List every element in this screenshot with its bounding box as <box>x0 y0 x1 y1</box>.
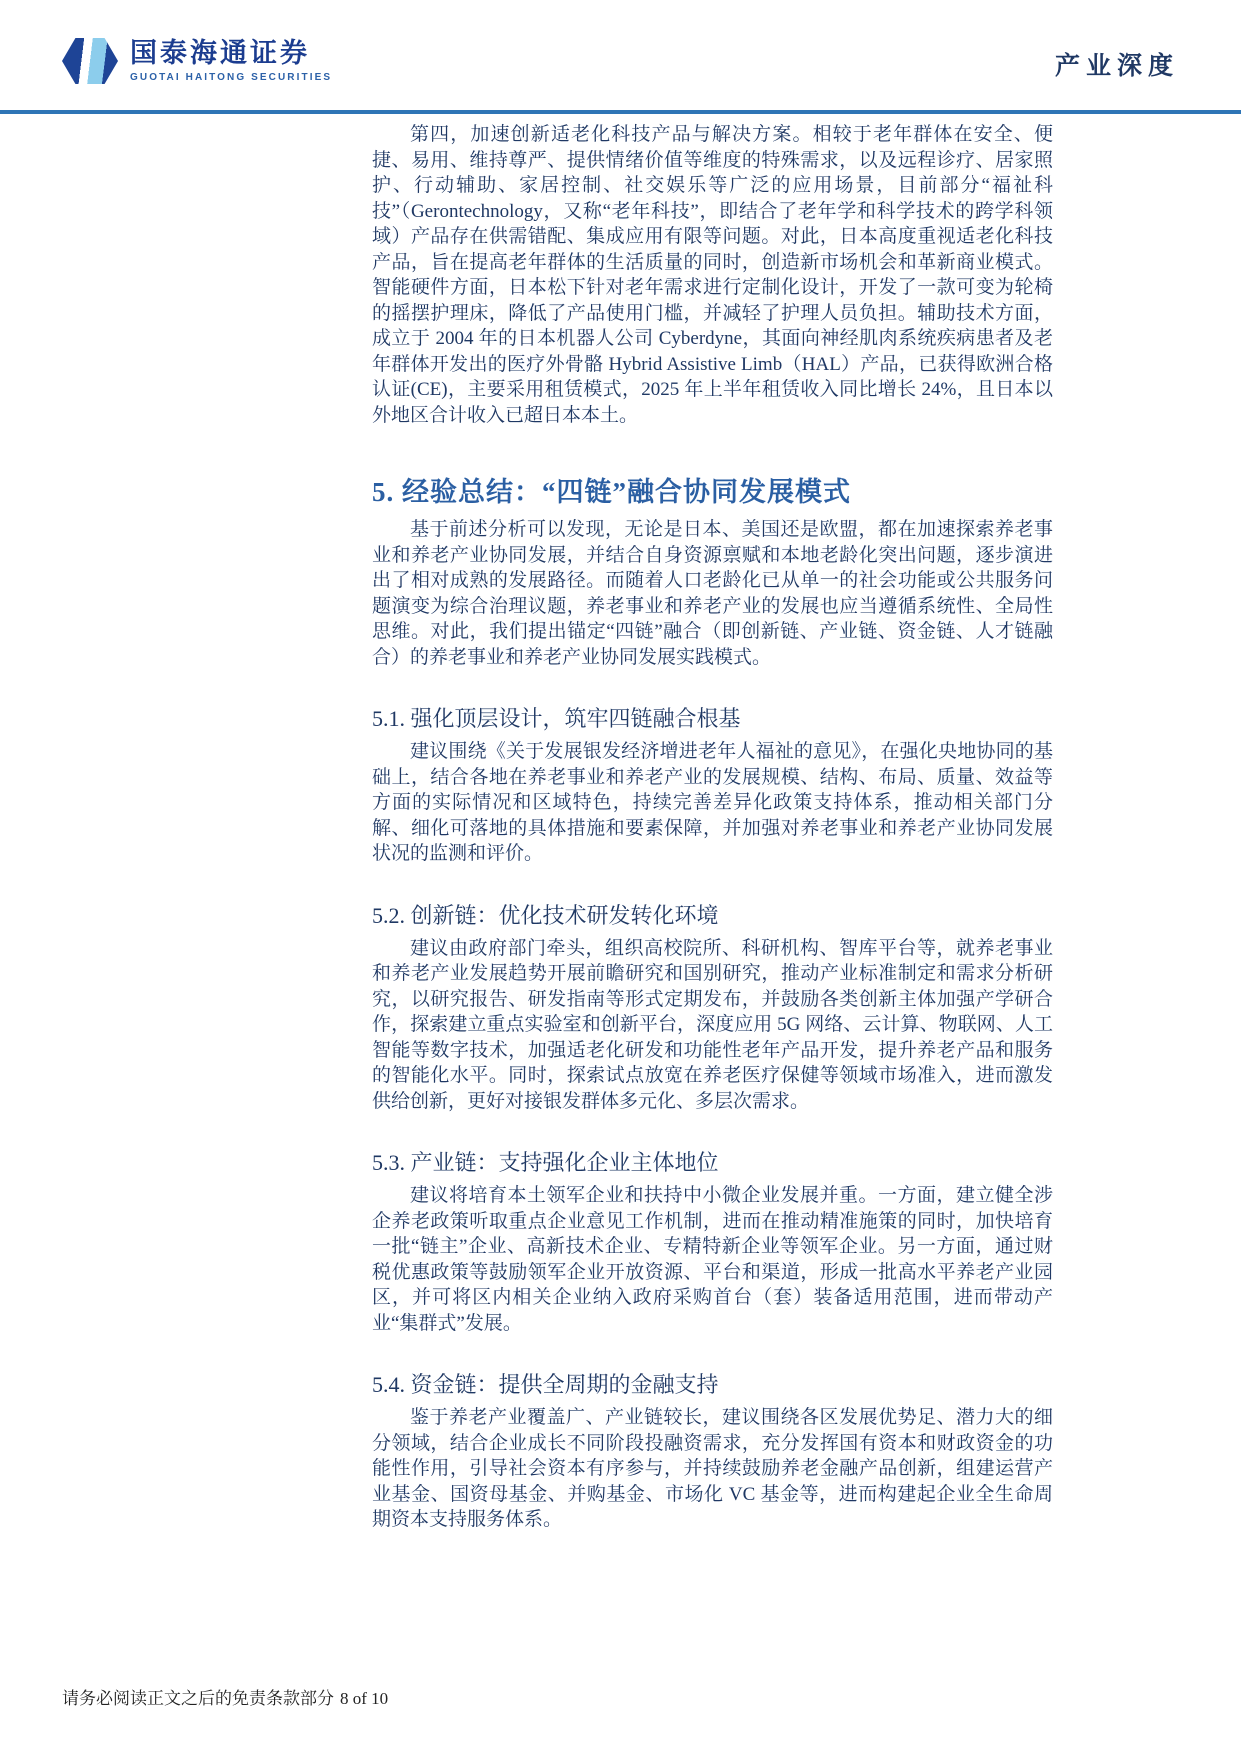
subsection-5-3-paragraph: 建议将培育本土领军企业和扶持中小微企业发展并重。一方面，建立健全涉企养老政策听取… <box>372 1183 1053 1336</box>
subsection-5-2-paragraph: 建议由政府部门牵头，组织高校院所、科研机构、智库平台等，就养老事业和养老产业发展… <box>372 936 1053 1115</box>
footer-page-number: 8 of 10 <box>340 1689 388 1708</box>
subsection-5-3: 5.3. 产业链：支持强化企业主体地位 建议将培育本土领军企业和扶持中小微企业发… <box>372 1146 1053 1336</box>
subsection-5-1-title: 5.1. 强化顶层设计，筑牢四链融合根基 <box>372 702 1053 733</box>
page-footer: 请务必阅读正文之后的免责条款部分8 of 10 <box>62 1684 394 1709</box>
brand-logo: 国泰海通证券 GUOTAI HAITONG SECURITIES <box>62 38 332 84</box>
brand-logo-text: 国泰海通证券 GUOTAI HAITONG SECURITIES <box>130 39 332 83</box>
subsection-5-4-paragraph: 鉴于养老产业覆盖广、产业链较长，建议围绕各区发展优势足、潜力大的细分领域，结合企… <box>372 1405 1053 1533</box>
subsection-5-3-title: 5.3. 产业链：支持强化企业主体地位 <box>372 1146 1053 1177</box>
subsection-5-1-paragraph: 建议围绕《关于发展银发经济增进老年人福祉的意见》，在强化央地协同的基础上，结合各… <box>372 739 1053 867</box>
subsection-5-4-title: 5.4. 资金链：提供全周期的金融支持 <box>372 1368 1053 1399</box>
report-page: 国泰海通证券 GUOTAI HAITONG SECURITIES 产业深度 第四… <box>0 0 1241 1755</box>
header-divider <box>0 110 1241 114</box>
brand-logo-icon <box>62 38 118 84</box>
subsection-5-2-title: 5.2. 创新链：优化技术研发转化环境 <box>372 899 1053 930</box>
subsection-5-4: 5.4. 资金链：提供全周期的金融支持 鉴于养老产业覆盖广、产业链较长，建议围绕… <box>372 1368 1053 1533</box>
brand-name-en: GUOTAI HAITONG SECURITIES <box>130 72 332 83</box>
footer-disclaimer: 请务必阅读正文之后的免责条款部分 <box>62 1689 334 1708</box>
brand-name-cn: 国泰海通证券 <box>130 39 332 69</box>
report-type-label: 产业深度 <box>1055 46 1179 84</box>
report-body: 第四，加速创新适老化科技产品与解决方案。相较于老年群体在安全、便捷、易用、维持尊… <box>372 122 1053 1533</box>
subsection-5-2: 5.2. 创新链：优化技术研发转化环境 建议由政府部门牵头，组织高校院所、科研机… <box>372 899 1053 1115</box>
intro-paragraph: 第四，加速创新适老化科技产品与解决方案。相较于老年群体在安全、便捷、易用、维持尊… <box>372 122 1053 428</box>
subsection-5-1: 5.1. 强化顶层设计，筑牢四链融合根基 建议围绕《关于发展银发经济增进老年人福… <box>372 702 1053 867</box>
section-5-title: 5. 经验总结：“四链”融合协同发展模式 <box>372 470 1053 509</box>
section-5-paragraph: 基于前述分析可以发现，无论是日本、美国还是欧盟，都在加速探索养老事业和养老产业协… <box>372 517 1053 670</box>
page-header: 国泰海通证券 GUOTAI HAITONG SECURITIES 产业深度 <box>62 38 1179 84</box>
